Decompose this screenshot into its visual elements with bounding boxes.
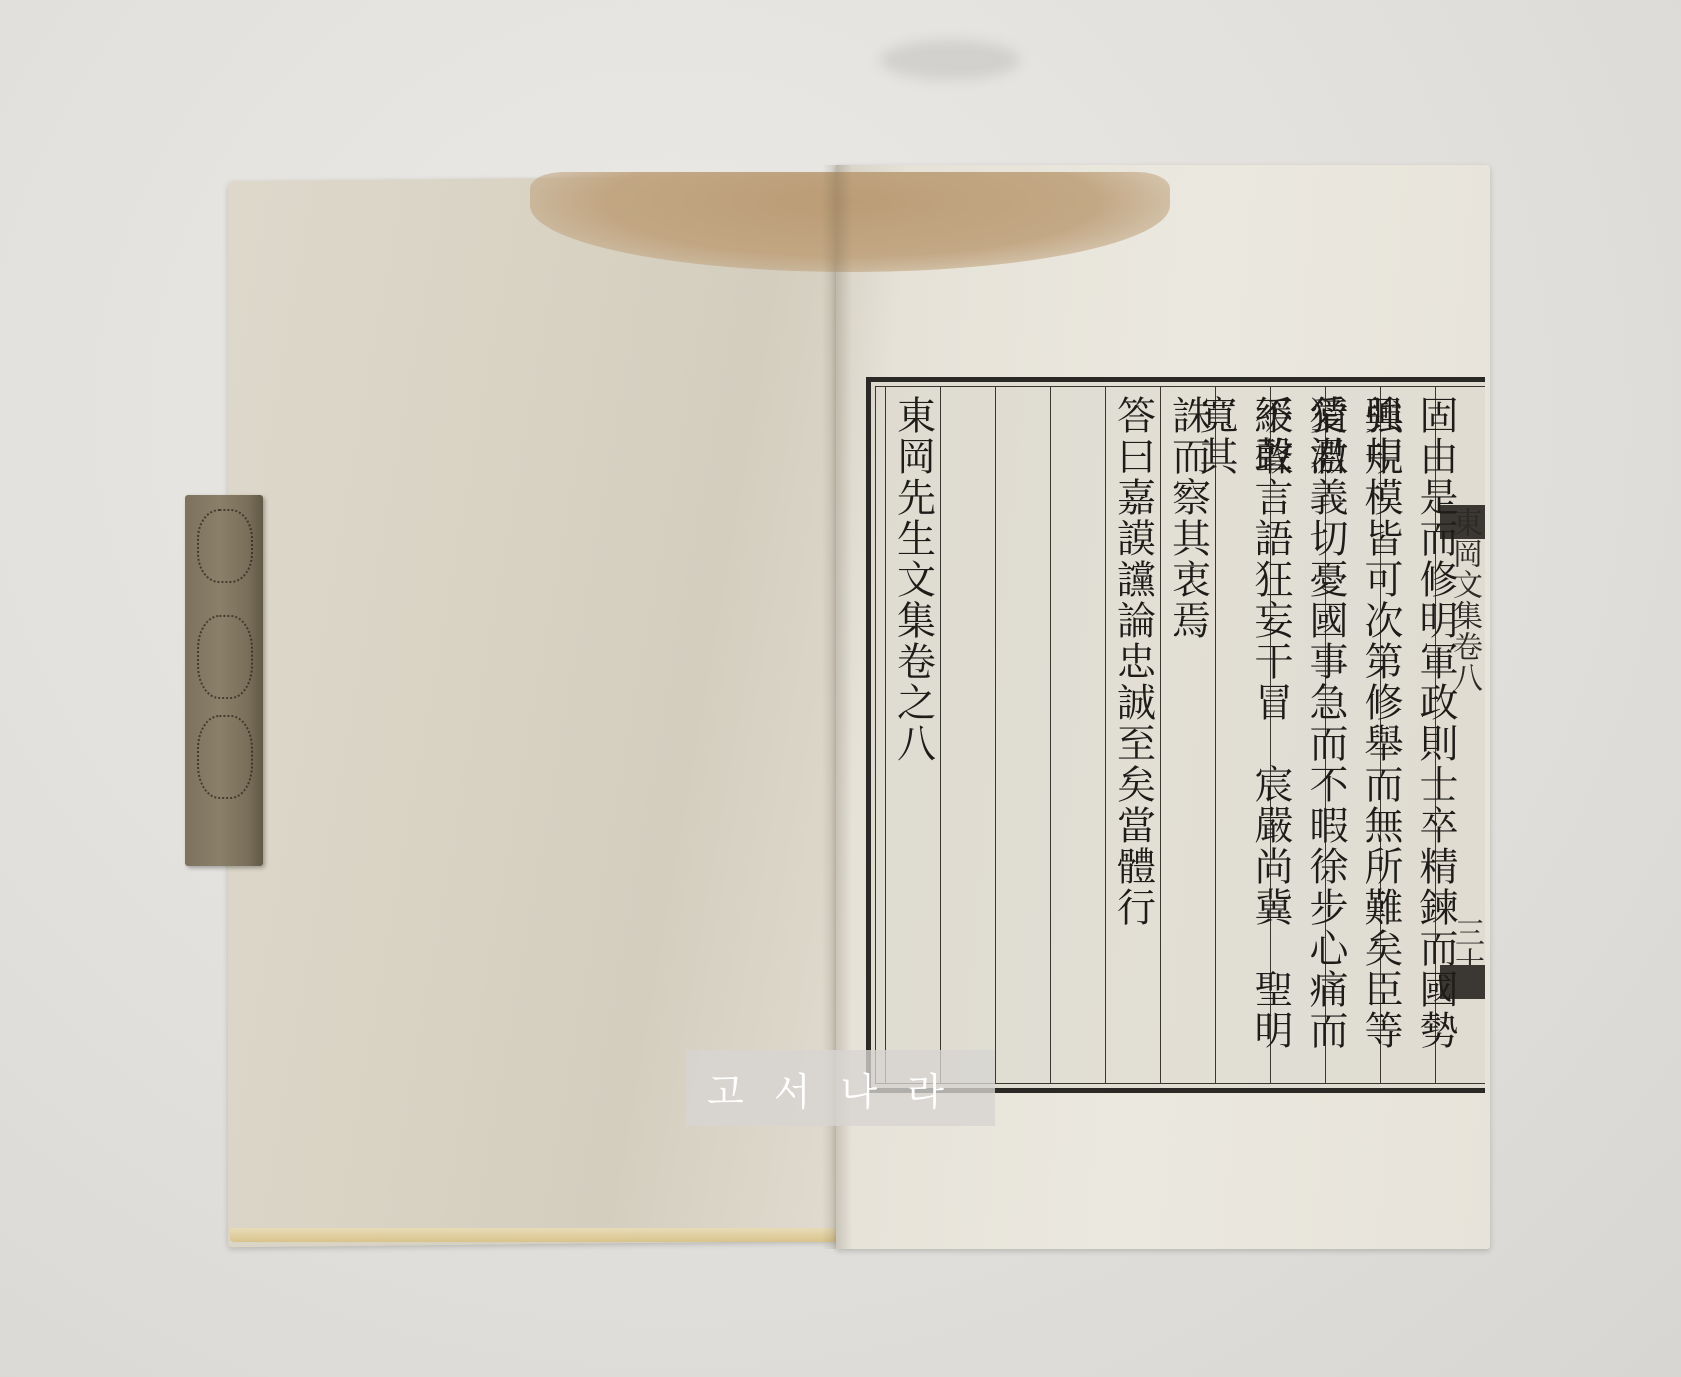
background-smudge <box>880 40 1020 80</box>
brass-paperweight <box>185 495 263 866</box>
text-column: 答曰嘉謨讜論忠誠至矣當體行 <box>1105 387 1160 1083</box>
watermark-text: 고서나라 <box>707 1061 974 1116</box>
watermark: 고서나라 <box>686 1050 995 1126</box>
printed-text-frame: 東岡文集卷八 三十 固由是而修明軍政則士卒精鍊而國勢強中 興規模皆可次第修舉而無… <box>866 377 1485 1093</box>
text-column: 緩聲言語狂妄干冒 宸嚴尚冀 聖明寬其 <box>1215 387 1270 1083</box>
grape-motif-icon <box>197 715 253 799</box>
show-through-column <box>1050 387 1105 1083</box>
book-title: 東岡先生文集卷之八 <box>886 387 941 1083</box>
text-column: 誅而察其衷焉 <box>1160 387 1215 1083</box>
show-through-column <box>995 387 1050 1083</box>
grape-motif-icon <box>197 615 253 699</box>
left-page-gilt-edge <box>230 1228 836 1242</box>
show-through-column <box>940 387 995 1083</box>
grape-motif-icon <box>197 509 253 583</box>
text-columns: 東岡文集卷八 三十 固由是而修明軍政則士卒精鍊而國勢強中 興規模皆可次第修舉而無… <box>875 386 1485 1084</box>
frame-bottom-border <box>995 1088 1485 1093</box>
title-column: 東岡先生文集卷之八 <box>885 387 940 1083</box>
